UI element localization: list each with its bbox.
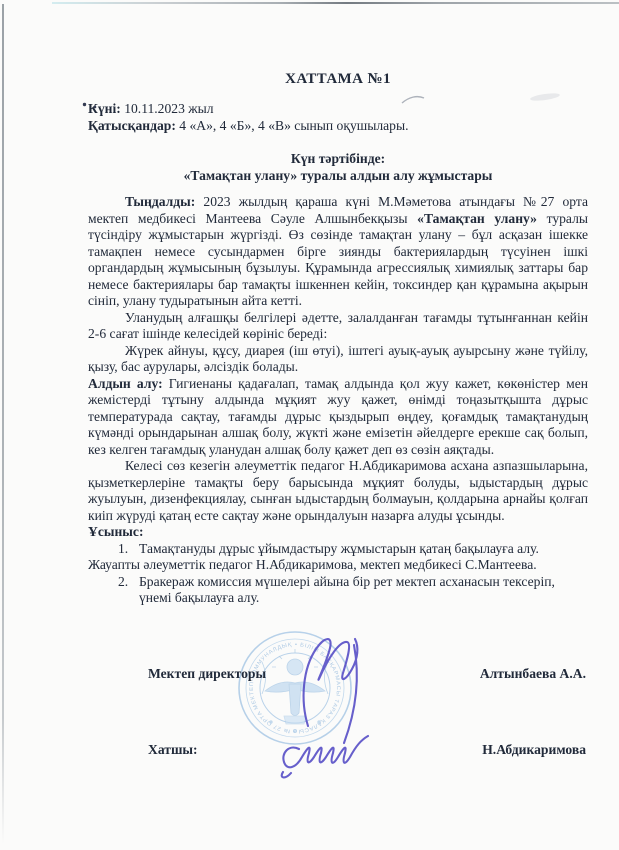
scan-edge-top xyxy=(52,2,619,4)
proposal-2-text: Бракераж комиссия мүшелері айына бір рет… xyxy=(139,574,588,607)
participants-label: Қатысқандар: xyxy=(88,118,176,133)
prevention-label: Алдын алу: xyxy=(88,376,163,391)
director-name: Алтынбаева А.А. xyxy=(480,666,586,682)
stamp-inner-ring xyxy=(260,653,330,723)
agenda-heading: Күн тәртібінде: xyxy=(88,151,588,168)
secretary-name: Н.Абдикаримова xyxy=(482,742,586,758)
participants-line: Қатысқандар: 4 «А», 4 «Б», 4 «В» сынып о… xyxy=(88,118,588,135)
scan-edge-left xyxy=(2,4,4,844)
proposals-heading: Ұсыныс: xyxy=(88,524,588,541)
speck-mark-1 xyxy=(83,103,86,106)
director-handwritten-signature xyxy=(304,639,358,743)
agenda-topic: «Тамақтан улану» туралы алдын алу жұмыст… xyxy=(88,168,588,185)
proposal-2-number: 2. xyxy=(118,574,139,607)
participants-value: 4 «А», 4 «Б», 4 «В» сынып оқушылары. xyxy=(176,118,409,133)
secretary-signature-row: Хатшы: Н.Абдикаримова xyxy=(88,742,588,758)
prevention-text: Гигиенаны қадағалап, тамақ алдында қол ж… xyxy=(88,376,588,457)
doc-title: ХАТТАМА №1 xyxy=(88,70,588,88)
stamp-outer-ring xyxy=(239,632,351,744)
date-value: 10.11.2023 жыл xyxy=(121,101,214,116)
heard-label: Тыңдалды: xyxy=(125,194,195,209)
proposal-1-text: Тамақтануды дұрыс ұйымдастыру жұмыстарын… xyxy=(139,541,588,558)
stamp-middle-ring xyxy=(246,639,344,737)
date-label: Күні: xyxy=(88,101,121,116)
heard-emphasis: «Тамақтан улану» xyxy=(417,211,537,226)
paragraph-social-pedagog: Келесі сөз кезегін әлеуметтік педагог Н.… xyxy=(88,458,588,524)
proposal-item-1: 1. Тамақтануды дұрыс ұйымдастыру жұмыста… xyxy=(118,541,588,558)
director-role: Мектеп директоры xyxy=(148,666,266,682)
paragraph-symptoms: Жүрек айнуы, құсу, диарея (іш өтуі), ішт… xyxy=(88,343,588,376)
paragraph-prevention: Алдын алу: Гигиенаны қадағалап, тамақ ал… xyxy=(88,376,588,459)
stamp-emblem xyxy=(262,649,328,733)
stamp-ring-text: • БІЛІМ БАСҚАРМАСЫ ТАРАЗ ҚАЛАСЫ • № 27 О… xyxy=(249,642,341,734)
date-line: Күні: 10.11.2023 жыл xyxy=(88,101,588,118)
paragraph-heard: Тыңдалды: 2023 жылдың қараша күні М.Мәме… xyxy=(88,194,588,310)
protocol-document: ХАТТАМА №1 Күні: 10.11.2023 жыл Қатысқан… xyxy=(88,70,588,607)
director-signature-row: Мектеп директоры Алтынбаева А.А. xyxy=(88,666,588,682)
proposal-item-2: 2. Бракераж комиссия мүшелері айына бір … xyxy=(118,574,588,607)
responsible-line: Жауапты әлеуметтік педагог Н.Абдикаримов… xyxy=(88,557,588,574)
proposal-1-number: 1. xyxy=(118,541,139,558)
paragraph-symptoms-intro: Уланудың алғашқы белгілері әдетте, залал… xyxy=(88,310,588,343)
secretary-role: Хатшы: xyxy=(148,742,198,758)
